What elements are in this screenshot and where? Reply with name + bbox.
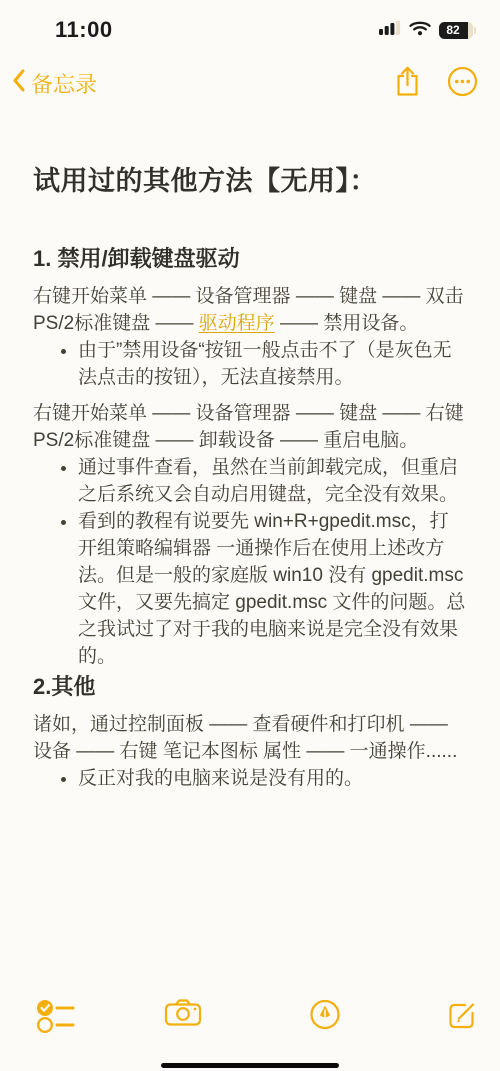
bottom-toolbar <box>0 999 500 1045</box>
more-options-button[interactable] <box>447 66 478 100</box>
share-icon <box>394 65 421 101</box>
section1-heading: 1. 禁用/卸载键盘驱动 <box>33 244 467 274</box>
battery-icon: 82 <box>439 22 477 39</box>
nav-actions <box>394 65 478 101</box>
section1-paragraph2: 右键开始菜单 —— 设备管理器 —— 键盘 —— 右键 PS/2标准键盘 —— … <box>33 400 467 454</box>
status-icons: 82 <box>379 20 477 41</box>
nav-bar: 备忘录 <box>0 54 500 112</box>
note-title: 试用过的其他方法【无用】： <box>33 164 467 198</box>
clock: 11:00 <box>55 17 113 43</box>
status-bar: 11:00 82 <box>0 0 500 54</box>
wifi-icon <box>409 20 431 41</box>
notes-app-screen: { "status_bar": { "time": "11:00", "batt… <box>0 0 500 1071</box>
back-button[interactable]: 备忘录 <box>12 68 97 99</box>
back-label: 备忘录 <box>31 68 97 99</box>
compose-button[interactable] <box>446 999 479 1035</box>
markup-pen-icon <box>310 999 341 1033</box>
list-item: 看到的教程有说要先 win+R+gpedit.msc，打开组策略编辑器 一通操作… <box>78 508 467 670</box>
paragraph-text: —— 禁用设备。 <box>275 313 419 334</box>
section2-paragraph: 诸如，通过控制面板 —— 查看硬件和打印机 —— 设备 —— 右键 笔记本图标 … <box>33 711 467 765</box>
battery-unfilled <box>468 22 473 39</box>
note-body[interactable]: 试用过的其他方法【无用】： 1. 禁用/卸载键盘驱动 右键开始菜单 —— 设备管… <box>0 164 500 792</box>
checklist-button[interactable] <box>36 999 76 1037</box>
section2-heading: 2.其他 <box>33 672 467 702</box>
chevron-left-icon <box>12 69 25 97</box>
home-indicator[interactable] <box>161 1063 339 1068</box>
battery-percent: 82 <box>439 22 468 39</box>
compose-icon <box>446 999 479 1035</box>
camera-icon <box>165 999 202 1029</box>
section1-bullet-list-2: 通过事件查看，虽然在当前卸载完成，但重启之后系统又会自动启用键盘，完全没有效果。… <box>33 454 467 670</box>
list-item: 反正对我的电脑来说是没有用的。 <box>78 765 467 792</box>
section1-bullet-list-1: 由于”禁用设备“按钮一般点击不了（是灰色无法点击的按钮），无法直接禁用。 <box>33 337 467 391</box>
list-item: 通过事件查看，虽然在当前卸载完成，但重启之后系统又会自动启用键盘，完全没有效果。 <box>78 454 467 508</box>
markup-button[interactable] <box>310 999 341 1033</box>
share-button[interactable] <box>394 65 421 101</box>
driver-link[interactable]: 驱动程序 <box>199 313 275 334</box>
checklist-icon <box>36 999 76 1037</box>
ellipsis-circle-icon <box>447 66 478 100</box>
camera-button[interactable] <box>165 999 202 1029</box>
battery-nub <box>474 27 477 34</box>
cellular-signal-icon <box>379 20 401 41</box>
list-item: 由于”禁用设备“按钮一般点击不了（是灰色无法点击的按钮），无法直接禁用。 <box>78 337 467 391</box>
section1-paragraph1: 右键开始菜单 —— 设备管理器 —— 键盘 —— 双击 PS/2标准键盘 —— … <box>33 283 467 337</box>
section2-bullet-list: 反正对我的电脑来说是没有用的。 <box>33 765 467 792</box>
